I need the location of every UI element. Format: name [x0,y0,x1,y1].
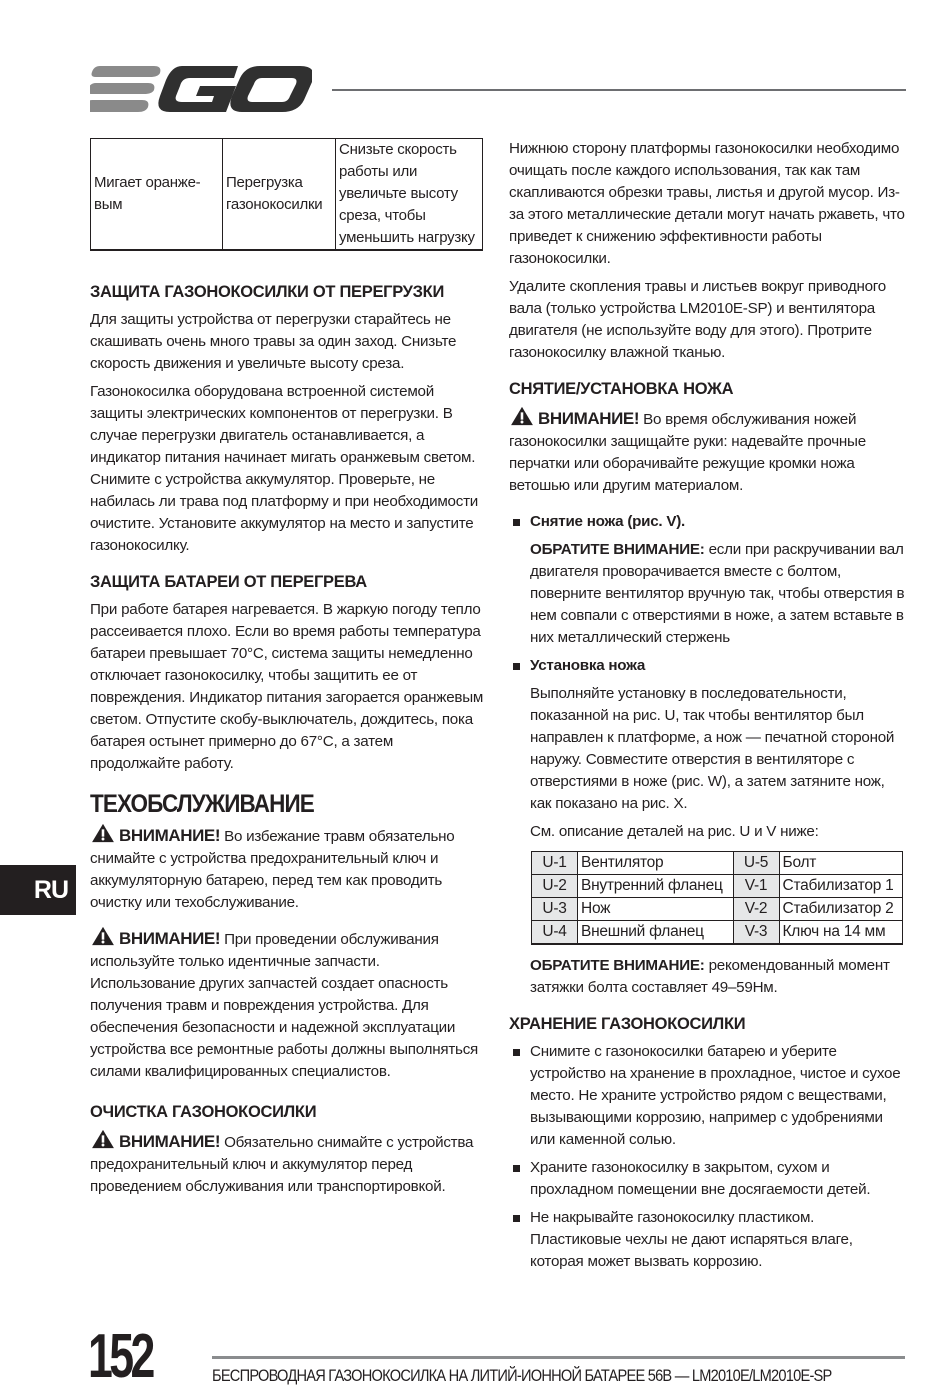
warning-label: ВНИМАНИЕ! [119,1132,220,1151]
table-row: U-2Внутренний фланецV-1Стабилизатор 1 [532,875,903,898]
blade-warning: ВНИМАНИЕ! Во время обслуживания ножей га… [509,406,907,497]
warning-icon [90,926,116,946]
overload-paragraph-1: Для защиты устройства от перегрузки стар… [90,309,485,375]
solution-cell: Снизьте скорость работы или увеличьте вы… [336,139,483,251]
blade-steps: Снятие ножа (рис. V). [509,511,907,533]
warning-text: При проведении обслуживания используйте … [90,931,478,1080]
install-text: Выполняйте установку в последовательност… [509,683,907,815]
cause-cell: Перегрузка газонокосилки [223,139,336,251]
blade-heading: СНЯТИЕ/УСТАНОВКА НОЖА [509,378,907,400]
right-column: Нижнюю сторону платформы газонокосилки н… [509,138,907,1279]
warning-icon [509,406,535,426]
note-label: ОБРАТИТЕ ВНИМАНИЕ: [530,957,705,974]
list-item: Установка ножа [509,655,907,677]
list-item: Снятие ножа (рис. V). [509,511,907,533]
part-name: Вентилятор [578,852,734,875]
maintenance-warning-2: ВНИМАНИЕ! При проведении обслуживания ис… [90,926,485,1083]
part-code: V-3 [733,921,779,945]
table-row: U-4Внешний фланецV-3Ключ на 14 мм [532,921,903,945]
indicator-cell: Мигает оранже-вым [91,139,223,251]
part-name: Внешний фланец [578,921,734,945]
cleaning-heading: ОЧИСТКА ГАЗОНОКОСИЛКИ [90,1101,485,1123]
part-code: U-4 [532,921,578,945]
maintenance-heading: ТЕХОБСЛУЖИВАНИЕ [90,789,446,819]
warning-icon [90,823,116,843]
part-code: V-1 [733,875,779,898]
part-code: U-2 [532,875,578,898]
footer-title: БЕСПРОВОДНАЯ ГАЗОНОКОСИЛКА НА ЛИТИЙ-ИОНН… [212,1366,832,1386]
parts-table: U-1ВентиляторU-5БолтU-2Внутренний фланец… [531,851,903,945]
warning-label: ВНИМАНИЕ! [119,929,220,948]
removal-title: Снятие ножа (рис. V). [530,513,685,530]
warning-label: ВНИМАНИЕ! [538,409,639,428]
part-name: Болт [779,852,902,875]
warning-label: ВНИМАНИЕ! [119,826,220,845]
install-title: Установка ножа [530,657,645,674]
header-rule [332,89,906,91]
list-item: Снимите с газонокосилки батарею и уберит… [509,1041,907,1151]
cleaning-warning: ВНИМАНИЕ! Обязательно снимайте с устройс… [90,1129,485,1198]
part-name: Нож [578,898,734,921]
table-row: Мигает оранже-вым Перегрузка газонокосил… [91,139,483,251]
page-number: 152 [88,1326,152,1388]
maintenance-warning-1: ВНИМАНИЕ! Во избежание травм обязательно… [90,823,485,914]
part-code: V-2 [733,898,779,921]
part-name: Стабилизатор 2 [779,898,902,921]
table-row: U-3НожV-2Стабилизатор 2 [532,898,903,921]
list-item: Храните газонокосилку в закрытом, сухом … [509,1157,907,1201]
left-column: Мигает оранже-вым Перегрузка газонокосил… [90,138,485,1204]
battery-heading: ЗАЩИТА БАТАРЕИ ОТ ПЕРЕГРЕВА [90,571,485,593]
cleaning-paragraph-1: Нижнюю сторону платформы газонокосилки н… [509,138,907,270]
storage-list: Снимите с газонокосилки батарею и уберит… [509,1041,907,1273]
ego-logo [90,64,312,114]
part-code: U-5 [733,852,779,875]
blade-steps-install: Установка ножа [509,655,907,677]
part-name: Ключ на 14 мм [779,921,902,945]
cleaning-paragraph-2: Удалите скопления травы и листьев вокруг… [509,276,907,364]
language-tab: RU [0,865,76,915]
torque-note: ОБРАТИТЕ ВНИМАНИЕ: рекомендованный момен… [509,955,907,999]
part-code: U-1 [532,852,578,875]
troubleshooting-table: Мигает оранже-вым Перегрузка газонокосил… [90,138,483,251]
warning-icon [90,1129,116,1149]
table-row: U-1ВентиляторU-5Болт [532,852,903,875]
removal-note: ОБРАТИТЕ ВНИМАНИЕ: если при раскручивани… [509,539,907,649]
part-code: U-3 [532,898,578,921]
battery-paragraph: При работе батарея нагревается. В жаркую… [90,599,485,775]
part-name: Стабилизатор 1 [779,875,902,898]
storage-heading: ХРАНЕНИЕ ГАЗОНОКОСИЛКИ [509,1013,907,1035]
part-name: Внутренний фланец [578,875,734,898]
parts-intro: См. описание деталей на рис. U и V ниже: [509,821,907,843]
overload-heading: ЗАЩИТА ГАЗОНОКОСИЛКИ ОТ ПЕРЕГРУЗКИ [90,281,485,303]
note-label: ОБРАТИТЕ ВНИМАНИЕ: [530,541,705,558]
list-item: Не накрывайте газонокосилку пластиком. П… [509,1207,907,1273]
overload-paragraph-2: Газонокосилка оборудована встроенной сис… [90,381,485,557]
footer-rule [212,1356,905,1359]
